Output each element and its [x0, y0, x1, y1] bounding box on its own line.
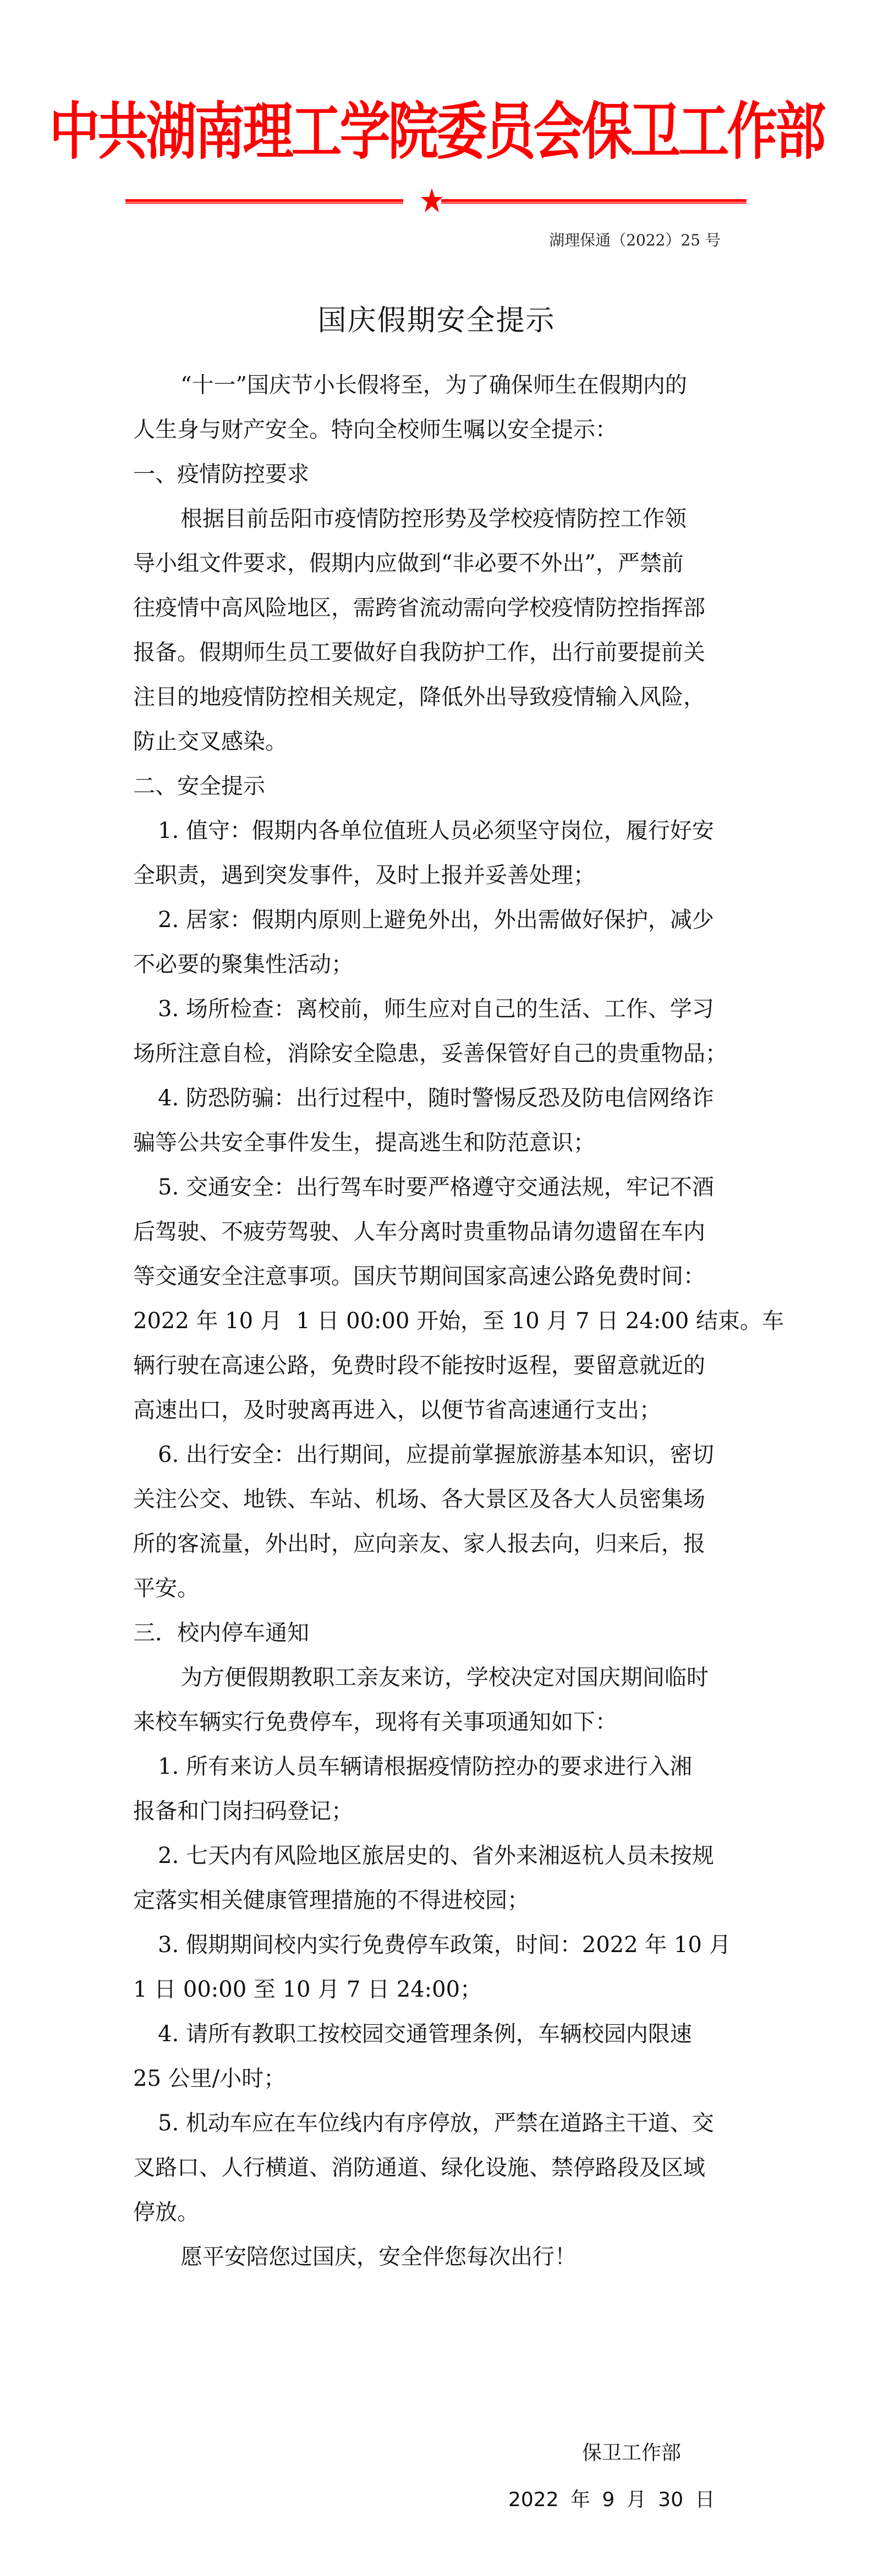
- red-divider-right: [441, 199, 746, 204]
- masthead-organization: 中共湖南理工学院委员会保卫工作部: [0, 83, 873, 171]
- paragraph-line: 防止交叉感染。: [133, 720, 744, 764]
- list-item-line: 全职责，遇到突发事件，及时上报并妥善处理；: [133, 853, 744, 898]
- signature-organization: 保卫工作部: [0, 2437, 873, 2465]
- paragraph-line: 往疫情中高风险地区，需跨省流动需向学校疫情防控指挥部: [133, 586, 744, 631]
- paragraph-line: 来校车辆实行免费停车，现将有关事项通知如下：: [133, 1700, 744, 1745]
- closing-line: 愿平安陪您过国庆，安全伴您每次出行！: [133, 2235, 744, 2279]
- list-item-line: 4. 请所有教职工按校园交通管理条例，车辆校园内限速: [133, 2012, 744, 2057]
- list-item-line: 叉路口、人行横道、消防通道、绿化设施、禁停路段及区域: [133, 2146, 744, 2190]
- list-item-line: 25 公里/小时；: [133, 2057, 744, 2101]
- list-item-line: 高速出口，及时驶离再进入，以便节省高速通行支出；: [133, 1388, 744, 1433]
- list-item-line: 平安。: [133, 1566, 744, 1611]
- list-item-line: 不必要的聚集性活动；: [133, 942, 744, 987]
- signature-date: 2022 年 9 月 30 日: [0, 2484, 873, 2512]
- list-item-line: 1. 值守：假期内各单位值班人员必须坚守岗位，履行好安: [133, 809, 744, 853]
- list-item-line: 5. 机动车应在车位线内有序停放，严禁在道路主干道、交: [133, 2101, 744, 2146]
- document-title: 国庆假期安全提示: [0, 297, 873, 338]
- intro-line: “十一”国庆节小长假将至，为了确保师生在假期内的: [133, 363, 744, 408]
- intro-line: 人生身与财产安全。特向全校师生嘱以安全提示：: [133, 408, 744, 452]
- list-item-line: 报备和门岗扫码登记；: [133, 1789, 744, 1834]
- paragraph-line: 报备。假期师生员工要做好自我防护工作，出行前要提前关: [133, 631, 744, 675]
- red-divider-left: [125, 199, 403, 204]
- document-number: 湖理保通（2022）25 号: [0, 228, 721, 250]
- list-item-line: 骗等公共安全事件发生，提高逃生和防范意识；: [133, 1121, 744, 1165]
- paragraph-line: 为方便假期教职工亲友来访，学校决定对国庆期间临时: [133, 1656, 744, 1700]
- list-item-line: 等交通安全注意事项。国庆节期间国家高速公路免费时间：: [133, 1254, 744, 1299]
- list-item-line: 定落实相关健康管理措施的不得进校园；: [133, 1878, 744, 1923]
- section-heading: 二、安全提示: [133, 764, 744, 809]
- document-body: “十一”国庆节小长假将至，为了确保师生在假期内的 人生身与财产安全。特向全校师生…: [133, 363, 744, 2279]
- section-heading: 三．校内停车通知: [133, 1611, 744, 1656]
- list-item-line: 2. 居家：假期内原则上避免外出，外出需做好保护，减少: [133, 898, 744, 942]
- star-icon: [421, 188, 443, 212]
- paragraph-line: 导小组文件要求，假期内应做到“非必要不外出”，严禁前: [133, 541, 744, 586]
- list-item-line: 所的客流量，外出时，应向亲友、家人报去向，归来后，报: [133, 1522, 744, 1566]
- list-item-line: 2. 七天内有风险地区旅居史的、省外来湘返杭人员未按规: [133, 1834, 744, 1878]
- section-heading: 一、疫情防控要求: [133, 452, 744, 497]
- list-item-line: 3. 场所检查：离校前，师生应对自己的生活、工作、学习: [133, 987, 744, 1032]
- list-item-line: 1. 所有来访人员车辆请根据疫情防控办的要求进行入湘: [133, 1745, 744, 1789]
- paragraph-line: 根据目前岳阳市疫情防控形势及学校疫情防控工作领: [133, 497, 744, 541]
- list-item-line: 停放。: [133, 2190, 744, 2235]
- list-item-line: 辆行驶在高速公路，免费时段不能按时返程，要留意就近的: [133, 1344, 744, 1388]
- list-item-line: 关注公交、地铁、车站、机场、各大景区及各大人员密集场: [133, 1477, 744, 1522]
- list-item-line: 场所注意自检，消除安全隐患，妥善保管好自己的贵重物品；: [133, 1032, 744, 1076]
- list-item-line: 6. 出行安全：出行期间，应提前掌握旅游基本知识，密切: [133, 1433, 744, 1477]
- list-item-line: 4. 防恐防骗：出行过程中，随时警惕反恐及防电信网络诈: [133, 1076, 744, 1121]
- paragraph-line: 注目的地疫情防控相关规定，降低外出导致疫情输入风险，: [133, 675, 744, 720]
- list-item-line: 5. 交通安全：出行驾车时要严格遵守交通法规，牢记不酒: [133, 1165, 744, 1210]
- list-item-line: 后驾驶、不疲劳驾驶、人车分离时贵重物品请勿遗留在车内: [133, 1210, 744, 1254]
- list-item-line: 2022 年 10 月 1 日 00:00 开始，至 10 月 7 日 24:0…: [133, 1299, 744, 1344]
- list-item-line: 1 日 00:00 至 10 月 7 日 24:00；: [133, 1967, 744, 2012]
- list-item-line: 3. 假期期间校内实行免费停车政策，时间：2022 年 10 月: [133, 1923, 744, 1967]
